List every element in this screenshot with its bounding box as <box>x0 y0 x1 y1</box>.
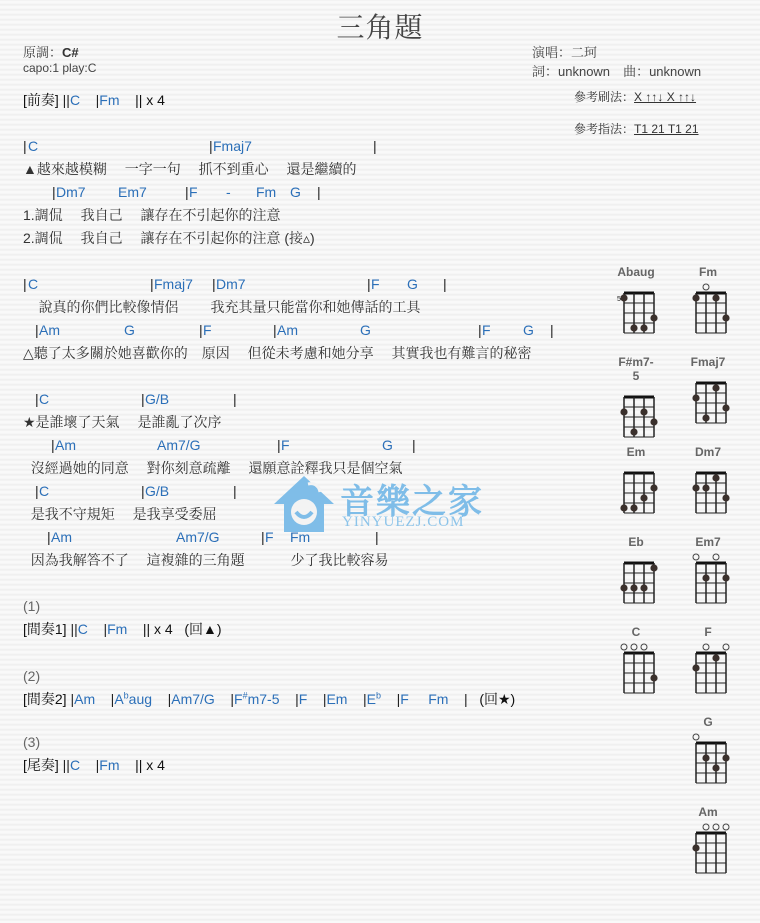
chord-diagram-name: Fm <box>688 265 728 279</box>
chord-diagram: Dm7 <box>688 445 732 524</box>
return-note: (回★) <box>479 691 515 707</box>
pick-label: 參考指法： <box>574 122 634 136</box>
key-value: C# <box>62 45 79 60</box>
fretboard-icon <box>616 639 660 699</box>
lyric-line: ★是誰壞了天氣 是誰亂了次序 <box>23 412 221 432</box>
chord-diagram: Fm <box>688 265 732 344</box>
fretboard-icon <box>616 383 660 443</box>
chord: Fmaj7 <box>154 274 193 294</box>
chord: F <box>203 320 212 340</box>
part-number: (2) <box>23 666 40 686</box>
section-label: [間奏1] <box>23 621 67 637</box>
chord: Em7 <box>118 182 147 202</box>
chord-diagram: Fmaj7 <box>688 355 732 434</box>
chord-diagram: F#m7-5 <box>616 355 660 448</box>
chord: G <box>382 435 393 455</box>
bar-line: | <box>412 435 416 455</box>
fretboard-icon <box>688 369 732 429</box>
lyric-line: △聽了太多關於她喜歡你的 原因 但從未考慮和她分享 其實我也有難言的秘密 <box>23 343 532 363</box>
chord: Dm7 <box>216 274 246 294</box>
bar-line: | <box>317 182 321 202</box>
chord: F <box>400 691 409 707</box>
interlude1-line: [間奏1] ||C |Fm || x 4 (回▲) <box>23 619 222 639</box>
lyric-line: 2.調侃 我自己 讓存在不引起你的注意 (接▵) <box>23 228 315 248</box>
chord: Fm <box>107 621 127 637</box>
interlude2-line: [間奏2] |Am |Abaug |Am7/G |F#m7-5 |F |Em |… <box>23 689 515 709</box>
bar-line: | <box>373 136 377 156</box>
chord-diagram: Em7 <box>688 535 732 614</box>
fretboard-icon: 5 <box>616 279 660 339</box>
chord-diagram-name: Eb <box>616 535 656 549</box>
fretboard-icon <box>688 459 732 519</box>
chord: Am <box>55 435 76 455</box>
repeat-mark: || x 4 <box>135 757 165 773</box>
chord: G <box>124 320 135 340</box>
key-label: 原調： <box>23 45 62 60</box>
chord: Fm <box>428 691 448 707</box>
section-label: [間奏2] <box>23 691 67 707</box>
strum-label: 參考刷法： <box>574 90 634 104</box>
chord-sequence: |Am |Abaug |Am7/G |F#m7-5 |F |Em |Eb |F <box>70 691 424 707</box>
chord: Am7/G <box>157 435 201 455</box>
repeat-mark: || x 4 <box>143 621 173 637</box>
lyric-line: 因為我解答不了 這複雜的三角題 少了我比較容易 <box>23 550 389 570</box>
bar-line: || <box>63 757 70 773</box>
repeat-mark: || x 4 <box>135 92 165 108</box>
chord: Dm7 <box>56 182 86 202</box>
lyric-line: 說真的你們比較像情侶 我充其量只能當你和她傳話的工具 <box>23 297 420 317</box>
chord: F <box>189 182 198 202</box>
house-music-icon <box>272 474 336 534</box>
fretboard-icon <box>616 549 660 609</box>
chord: Am <box>277 320 298 340</box>
chord-diagram: F <box>688 625 732 704</box>
chord: C <box>70 757 80 773</box>
return-note: (回▲) <box>184 621 221 637</box>
pick-value: T1 21 T1 21 <box>634 122 699 136</box>
chord: C <box>39 389 49 409</box>
fretboard-icon <box>688 639 732 699</box>
chord: G/B <box>145 389 169 409</box>
lyric-text: 是我不守規矩 是我享受委屈 <box>31 506 217 522</box>
chord-diagram-name: Fmaj7 <box>688 355 728 369</box>
chord: C <box>39 481 49 501</box>
chord: Am <box>51 527 72 547</box>
chord: F <box>281 435 290 455</box>
credits: 詞：unknown 曲：unknown <box>532 61 701 80</box>
fretboard-icon <box>688 729 732 789</box>
chord: Fm <box>99 757 119 773</box>
chord-diagram: G <box>688 715 732 794</box>
chord-diagram-name: Dm7 <box>688 445 728 459</box>
chord: Fm <box>99 92 119 108</box>
bar-line: || <box>70 621 77 637</box>
chord: C <box>70 92 80 108</box>
part-number: (3) <box>23 732 40 752</box>
chord: C <box>28 136 38 156</box>
strum-pattern: 參考刷法：X ↑↑↓ X ↑↑↓ <box>574 88 696 105</box>
bar-line: | <box>23 274 27 294</box>
svg-text:5: 5 <box>617 296 621 303</box>
watermark-url: YINYUEZJ.COM <box>342 514 464 531</box>
intro-line: [前奏] ||C |Fm || x 4 <box>23 90 165 110</box>
dash: - <box>226 182 231 202</box>
chord: G <box>290 182 301 202</box>
chord-diagram-name: Abaug <box>616 265 656 279</box>
chord: C <box>78 621 88 637</box>
chord: G/B <box>145 481 169 501</box>
fretboard-icon <box>688 549 732 609</box>
lyric-text: 因為我解答不了 這複雜的三角題 少了我比較容易 <box>31 552 389 568</box>
original-key: 原調：C# <box>23 42 79 61</box>
chord-diagram: Am <box>688 805 732 884</box>
chord: Am7/G <box>171 691 215 707</box>
chord: C <box>28 274 38 294</box>
outro-line: [尾奏] ||C |Fm || x 4 <box>23 755 165 775</box>
chord: Eb <box>367 691 381 707</box>
chord-diagram-name: F#m7-5 <box>616 355 656 383</box>
fretboard-icon <box>616 459 660 519</box>
chord-diagram-name: C <box>616 625 656 639</box>
lyric-line: 1.調侃 我自己 讓存在不引起你的注意 <box>23 205 280 225</box>
picking-pattern: 參考指法：T1 21 T1 21 <box>574 120 699 137</box>
chord: F#m7-5 <box>234 691 279 707</box>
bar-line: | <box>23 136 27 156</box>
part-number: (1) <box>23 596 40 616</box>
lyric-line: 是我不守規矩 是我享受委屈 <box>23 504 217 524</box>
fretboard-icon <box>688 279 732 339</box>
lyricist: 詞：unknown <box>532 64 610 79</box>
lyric-line: ▲越來越模糊 一字一句 抓不到重心 還是繼續的 <box>23 159 357 179</box>
chord: Am <box>39 320 60 340</box>
chord: F <box>482 320 491 340</box>
strum-value: X ↑↑↓ X ↑↑↓ <box>634 90 696 104</box>
chord: G <box>407 274 418 294</box>
chord-diagram-name: G <box>688 715 728 729</box>
chord-diagram: Eb <box>616 535 660 614</box>
lyric-text: 說真的你們比較像情侶 我充其量只能當你和她傳話的工具 <box>39 299 421 315</box>
chord-diagram: C <box>616 625 660 704</box>
bar-line: || <box>63 92 70 108</box>
song-title: 三角題 <box>0 6 760 46</box>
section-label: [尾奏] <box>23 757 59 773</box>
chord-diagram-name: Em7 <box>688 535 728 549</box>
chord-diagram-name: F <box>688 625 728 639</box>
chord-diagram: Abaug5 <box>616 265 660 344</box>
chord: F <box>299 691 308 707</box>
chord: Fm <box>256 182 276 202</box>
bar-line: | <box>233 481 237 501</box>
chord: G <box>360 320 371 340</box>
bar-line: | <box>443 274 447 294</box>
bar-line: | <box>233 389 237 409</box>
section-label: [前奏] <box>23 92 59 108</box>
chord-diagram-name: Em <box>616 445 656 459</box>
bar-line: | <box>550 320 554 340</box>
fretboard-icon <box>688 819 732 879</box>
capo-info: capo:1 play:C <box>23 61 96 75</box>
chord-diagram: Em <box>616 445 660 524</box>
bar-line: | <box>464 691 468 707</box>
chord: Fmaj7 <box>213 136 252 156</box>
chord: Am <box>74 691 95 707</box>
chord: Am7/G <box>176 527 220 547</box>
chord-diagram-name: Am <box>688 805 728 819</box>
singer: 演唱：二珂 <box>532 42 597 61</box>
chord: G <box>523 320 534 340</box>
chord: Em <box>326 691 347 707</box>
chord: F <box>371 274 380 294</box>
composer: 曲：unknown <box>623 64 701 79</box>
chord: Abaug <box>114 691 152 707</box>
